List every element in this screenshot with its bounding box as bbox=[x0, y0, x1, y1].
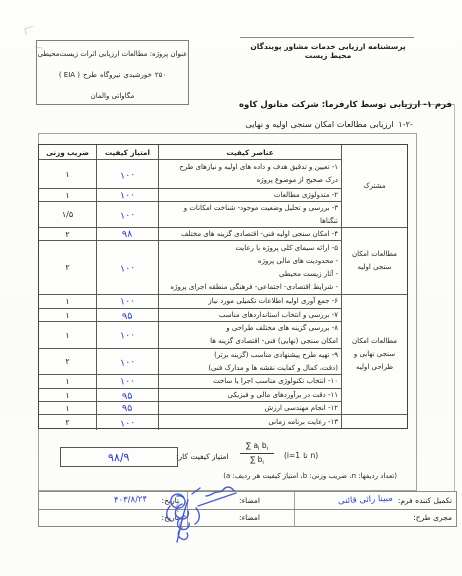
category-column: مشترک مطالعات امکان سنجی اولیه مطالعات ا… bbox=[341, 145, 407, 428]
element-cell: ۱۱- دقت در برآوردهای مالی و فیزیکی bbox=[159, 389, 341, 401]
element-cell: ۶- جمع آوری اولیه اطلاعات تکمیلی مورد نی… bbox=[159, 295, 341, 308]
questionnaire-title: پرسشنامه ارزیابی خدمات مشاور پویندگان مح… bbox=[240, 42, 416, 60]
weight-cell: ۱ bbox=[39, 389, 97, 401]
score-cell: ۱۰۰ bbox=[97, 322, 159, 348]
element-cell: ۵- ارائه سیمای کلی پروژه با رعایت - محدو… bbox=[159, 241, 341, 294]
scanned-form-page: عنوان پروژه: مطالعات ارزیابی اثرات زیست‌… bbox=[0, 0, 462, 576]
page-margin-line bbox=[454, 104, 455, 493]
table-row: ۱ ۱۰۰ ۲- متدولوژی مطالعات bbox=[39, 188, 341, 201]
table-row: ۲ ۱۰۰ ۹- تهیه طرح پیشنهادی مناسب (گزینه … bbox=[39, 348, 341, 374]
score-cell: ۱۰۰ bbox=[97, 375, 159, 388]
table-header-row: ضریب وزنی امتیاز کیفیت عناصر کیفیت bbox=[39, 145, 341, 159]
element-cell: ۱- تعیین و تدقیق هدف و داده های اولیه و … bbox=[159, 160, 341, 188]
table-row: ۱ ۱۰۰ ۶- جمع آوری اولیه اطلاعات تکمیلی م… bbox=[39, 294, 341, 308]
total-score-value: ۹۸/۹ bbox=[108, 450, 130, 464]
table-row: ۱ ۱۰۰ ۱- تعیین و تدقیق هدف و داده های او… bbox=[39, 159, 341, 188]
element-cell: ۱۳- رعایت برنامه زمانی bbox=[159, 415, 341, 430]
project-title-box: عنوان پروژه: مطالعات ارزیابی اثرات زیست‌… bbox=[36, 40, 189, 105]
weight-cell: ۲ bbox=[39, 349, 97, 374]
weight-cell: ۱ bbox=[39, 402, 97, 414]
table-row: ۱ ۹۵ ۷- بررسی و انتخاب استانداردهای مناس… bbox=[39, 308, 341, 321]
table-row: ۲ ۱۰۰ ۱۳- رعایت برنامه زمانی bbox=[39, 414, 341, 430]
project-executor-label: مجری طرح: bbox=[413, 513, 452, 522]
weight-cell: ۱ bbox=[39, 309, 97, 321]
element-cell: ۱۰- انتخاب تکنولوژی مناسب اجرا یا ساخت bbox=[159, 375, 341, 388]
weight-cell: ۱ bbox=[39, 295, 97, 308]
score-cell: ۱۰۰ bbox=[97, 189, 159, 201]
form-filler-cell: تکمیل کننده فرم: مبینا راثی قائنی bbox=[295, 492, 456, 509]
formula-label: امتیاز کیفیت کار: bbox=[176, 452, 229, 461]
section-title: ۱-۲- ارزیابی مطالعات امکان سنجی اولیه و … bbox=[245, 119, 413, 129]
score-cell: ۱۰۰ bbox=[97, 160, 159, 188]
weight-cell: ۲ bbox=[39, 228, 97, 240]
element-cell: ۳- بررسی و تحلیل وضعیت موجود- شناخت امکا… bbox=[159, 202, 341, 227]
score-cell: ۱۰۰ bbox=[97, 415, 159, 430]
table-row: ۱ ۹۵ ۱۱- دقت در برآوردهای مالی و فیزیکی bbox=[39, 388, 341, 401]
weight-cell: ۱/۵ bbox=[39, 202, 97, 227]
weight-cell: ۲ bbox=[39, 415, 97, 430]
score-header: امتیاز کیفیت bbox=[97, 145, 159, 159]
score-cell: ۹۸ bbox=[97, 228, 159, 240]
weight-cell: ۱ bbox=[39, 160, 97, 188]
form-filler-label: تکمیل کننده فرم: bbox=[398, 496, 452, 505]
score-cell: ۱۰۰ bbox=[97, 241, 159, 294]
weight-cell: ۱ bbox=[39, 189, 97, 201]
category-cell-final-feasibility: مطالعات امکان سنجی نهایی و طراحی اولیه bbox=[342, 294, 407, 414]
date-value: ۴۰۳/۸/۲۴ bbox=[114, 495, 147, 506]
element-cell: ۴- امکان سنجی اولیه فنی- اقتصادی گزینه ه… bbox=[159, 228, 341, 240]
weight-header: ضریب وزنی bbox=[39, 145, 97, 159]
project-title-line3: مگاواتی والمان bbox=[37, 86, 188, 107]
form-title: فرم ۱- ارزیابی توسط کارفرما: شرکت متانول… bbox=[239, 100, 452, 110]
element-cell: ۸- بررسی گزینه های مختلف طراحی و امکان س… bbox=[159, 322, 341, 348]
formula-denominator: ∑ bi bbox=[240, 455, 274, 466]
score-cell: ۱۰۰ bbox=[97, 349, 159, 374]
table-row: ۱ ۹۵ ۱۲- انجام مهندسی ارزش bbox=[39, 401, 341, 414]
element-cell: ۹- تهیه طرح پیشنهادی مناسب (گزینه برتر) … bbox=[159, 349, 341, 374]
formula-numerator: ∑ ai bi bbox=[240, 441, 274, 454]
formula-note: (تعداد ردیفها: n، ضریب وزنی: b، امتیاز ک… bbox=[223, 472, 397, 480]
project-title-line1: عنوان پروژه: مطالعات ارزیابی اثرات زیست‌… bbox=[37, 44, 188, 65]
element-cell: ۱۲- انجام مهندسی ارزش bbox=[159, 402, 341, 414]
table-body: ضریب وزنی امتیاز کیفیت عناصر کیفیت ۱ ۱۰۰… bbox=[39, 145, 341, 428]
header-rule bbox=[240, 37, 414, 38]
score-cell: ۹۵ bbox=[97, 309, 159, 321]
project-executor-cell: مجری طرح: bbox=[295, 510, 456, 527]
category-cell-common: مشترک bbox=[342, 145, 407, 227]
table-row: ۱ ۱۰۰ ۸- بررسی گزینه های مختلف طراحی و ا… bbox=[39, 321, 341, 348]
total-score-box: ۹۸/۹ bbox=[60, 447, 178, 467]
score-cell: ۹۵ bbox=[97, 402, 159, 414]
section-number: ۱-۲- bbox=[398, 119, 413, 129]
score-cell: ۹۵ bbox=[97, 389, 159, 401]
stamp-graphic bbox=[152, 482, 252, 556]
category-cell-prelim-feasibility: مطالعات امکان سنجی اولیه bbox=[342, 227, 407, 294]
table-row: ۱/۵ ۱۰۰ ۳- بررسی و تحلیل وضعیت موجود- شن… bbox=[39, 201, 341, 227]
weight-cell: ۱ bbox=[39, 375, 97, 388]
formula-fraction: ∑ ai bi ∑ bi bbox=[240, 441, 274, 466]
element-cell: ۲- متدولوژی مطالعات bbox=[159, 189, 341, 201]
score-cell: ۱۰۰ bbox=[97, 202, 159, 227]
formula-range: (i=1 تا n) bbox=[284, 451, 318, 460]
table-row: ۱ ۱۰۰ ۱۰- انتخاب تکنولوژی مناسب اجرا یا … bbox=[39, 374, 341, 388]
score-cell: ۱۰۰ bbox=[97, 295, 159, 308]
form-filler-name: مبینا راثی قائنی bbox=[338, 494, 393, 507]
project-title-line2: ( EIA ) طرح نیروگاه خورشیدی ۲۵۰ bbox=[37, 65, 188, 86]
table-row: ۲ ۹۸ ۴- امکان سنجی اولیه فنی- اقتصادی گز… bbox=[39, 227, 341, 240]
signature-underline bbox=[198, 493, 236, 506]
weight-cell: ۱ bbox=[39, 322, 97, 348]
table-row: ۲ ۱۰۰ ۵- ارائه سیمای کلی پروژه با رعایت … bbox=[39, 240, 341, 294]
weight-cell: ۲ bbox=[39, 241, 97, 294]
elements-header: عناصر کیفیت bbox=[159, 145, 341, 159]
pencil-mark bbox=[24, 26, 35, 35]
category-cell-empty bbox=[342, 414, 407, 428]
quality-table: ضریب وزنی امتیاز کیفیت عناصر کیفیت ۱ ۱۰۰… bbox=[38, 144, 408, 429]
element-cell: ۷- بررسی و انتخاب استانداردهای مناسب bbox=[159, 309, 341, 321]
